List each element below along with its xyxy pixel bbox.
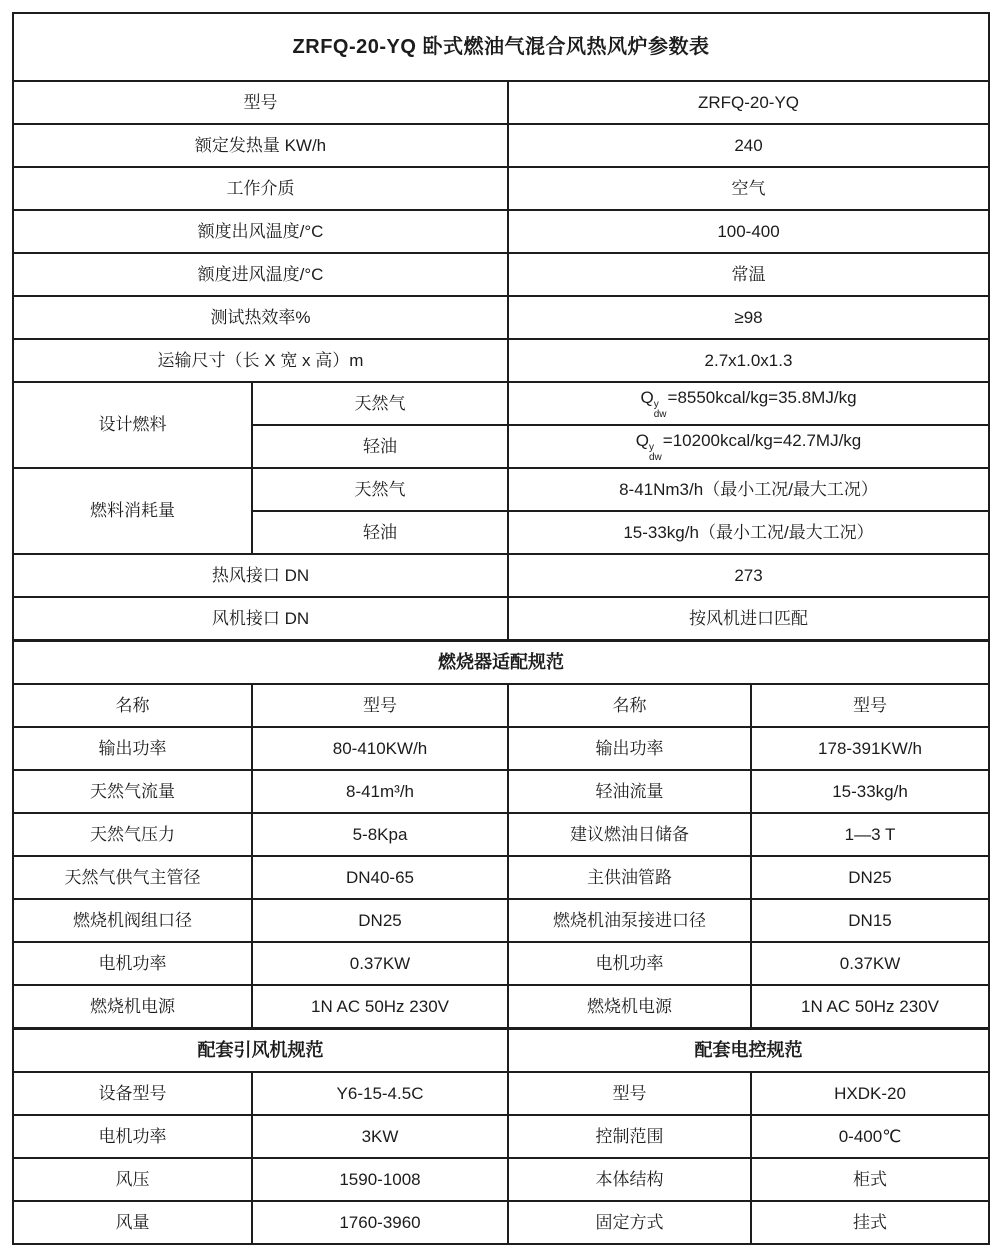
param-label: 型号 <box>13 81 508 124</box>
row-thermal-efficiency: 测试热效率%≥98 <box>13 296 989 339</box>
row-motor-power-burner: 电机功率0.37KW电机功率0.37KW <box>13 942 989 985</box>
param-label: 天然气供气主管径 <box>13 856 252 899</box>
param-value: 80-410KW/h <box>252 727 508 770</box>
sup-sub-notation: ydw <box>654 400 667 420</box>
row-burner-header: 名称型号名称型号 <box>13 684 989 727</box>
row-model: 型号ZRFQ-20-YQ <box>13 81 989 124</box>
param-label: 额度进风温度/°C <box>13 253 508 296</box>
row-fuel-consumption-gas: 燃料消耗量天然气8-41Nm3/h（最小工况/最大工况） <box>13 468 989 511</box>
param-label: 控制范围 <box>508 1115 751 1158</box>
row-design-fuel-gas: 设计燃料天然气Qydw=8550kcal/kg=35.8MJ/kg <box>13 382 989 425</box>
param-value: Y6-15-4.5C <box>252 1072 508 1115</box>
param-label: 设备型号 <box>13 1072 252 1115</box>
param-label: 天然气压力 <box>13 813 252 856</box>
param-label: 风量 <box>13 1201 252 1244</box>
section-burner: 燃烧器适配规范 <box>13 641 989 685</box>
column-header: 型号 <box>751 684 989 727</box>
param-value: 0.37KW <box>751 942 989 985</box>
param-label: 测试热效率% <box>13 296 508 339</box>
param-value: 挂式 <box>751 1201 989 1244</box>
row-valve-group: 燃烧机阀组口径DN25燃烧机油泵接进口径DN15 <box>13 899 989 942</box>
param-value: 1N AC 50Hz 230V <box>751 985 989 1029</box>
param-value: 常温 <box>508 253 989 296</box>
param-value: 1590-1008 <box>252 1158 508 1201</box>
param-value: 按风机进口匹配 <box>508 597 989 641</box>
spec-table-body: ZRFQ-20-YQ 卧式燃油气混合风热风炉参数表型号ZRFQ-20-YQ额定发… <box>13 13 989 1244</box>
param-label: 型号 <box>508 1072 751 1115</box>
param-value: 15-33kg/h <box>751 770 989 813</box>
param-label: 本体结构 <box>508 1158 751 1201</box>
column-header: 名称 <box>13 684 252 727</box>
param-value: ZRFQ-20-YQ <box>508 81 989 124</box>
param-value: 1N AC 50Hz 230V <box>252 985 508 1029</box>
param-value: Qydw=10200kcal/kg=42.7MJ/kg <box>508 425 989 468</box>
param-value: 2.7x1.0x1.3 <box>508 339 989 382</box>
section-fan-and-control: 配套引风机规范配套电控规范 <box>13 1029 989 1073</box>
param-label: 燃烧机阀组口径 <box>13 899 252 942</box>
param-value: 8-41m³/h <box>252 770 508 813</box>
param-label: 燃烧机电源 <box>13 985 252 1029</box>
param-value: 3KW <box>252 1115 508 1158</box>
param-label: 建议燃油日储备 <box>508 813 751 856</box>
param-label: 额定发热量 KW/h <box>13 124 508 167</box>
param-value: 8-41Nm3/h（最小工况/最大工况） <box>508 468 989 511</box>
spec-table: ZRFQ-20-YQ 卧式燃油气混合风热风炉参数表型号ZRFQ-20-YQ额定发… <box>12 12 990 1245</box>
param-sublabel: 轻油 <box>252 511 508 554</box>
param-value: 0.37KW <box>252 942 508 985</box>
param-label: 天然气流量 <box>13 770 252 813</box>
param-value: 5-8Kpa <box>252 813 508 856</box>
row-wind-pressure: 风压1590-1008本体结构柜式 <box>13 1158 989 1201</box>
text-part: Q <box>636 431 649 450</box>
row-gas-flow: 天然气流量8-41m³/h轻油流量15-33kg/h <box>13 770 989 813</box>
row-hot-air-port: 热风接口 DN273 <box>13 554 989 597</box>
param-label: 额度出风温度/°C <box>13 210 508 253</box>
row-device-model: 设备型号Y6-15-4.5C型号HXDK-20 <box>13 1072 989 1115</box>
param-sublabel: 轻油 <box>252 425 508 468</box>
param-label: 电机功率 <box>508 942 751 985</box>
param-label: 主供油管路 <box>508 856 751 899</box>
row-outlet-temp: 额度出风温度/°C100-400 <box>13 210 989 253</box>
row-fan-port: 风机接口 DN按风机进口匹配 <box>13 597 989 641</box>
param-label: 电机功率 <box>13 1115 252 1158</box>
row-motor-power-fan: 电机功率3KW控制范围0-400℃ <box>13 1115 989 1158</box>
row-gas-pressure: 天然气压力5-8Kpa建议燃油日储备1—3 T <box>13 813 989 856</box>
param-value: 0-400℃ <box>751 1115 989 1158</box>
param-value: DN15 <box>751 899 989 942</box>
param-value: DN40-65 <box>252 856 508 899</box>
row-working-medium: 工作介质空气 <box>13 167 989 210</box>
param-label: 风压 <box>13 1158 252 1201</box>
param-value: HXDK-20 <box>751 1072 989 1115</box>
section-header: 燃烧器适配规范 <box>13 641 989 685</box>
text-part: Q <box>640 388 653 407</box>
param-label: 运输尺寸（长 X 宽 x 高）m <box>13 339 508 382</box>
text-part: =10200kcal/kg=42.7MJ/kg <box>663 431 861 450</box>
param-sublabel: 天然气 <box>252 468 508 511</box>
row-gas-main-pipe: 天然气供气主管径DN40-65主供油管路DN25 <box>13 856 989 899</box>
param-value: 178-391KW/h <box>751 727 989 770</box>
column-header: 名称 <box>508 684 751 727</box>
param-value: 1—3 T <box>751 813 989 856</box>
param-value: 空气 <box>508 167 989 210</box>
param-label: 输出功率 <box>13 727 252 770</box>
param-value: DN25 <box>751 856 989 899</box>
param-group-label: 设计燃料 <box>13 382 252 468</box>
param-sublabel: 天然气 <box>252 382 508 425</box>
sup-sub-notation: ydw <box>649 443 662 463</box>
param-value: 柜式 <box>751 1158 989 1201</box>
param-group-label: 燃料消耗量 <box>13 468 252 554</box>
param-value: 240 <box>508 124 989 167</box>
param-value: 100-400 <box>508 210 989 253</box>
section-header: 配套引风机规范 <box>13 1029 508 1073</box>
param-label: 燃烧机油泵接进口径 <box>508 899 751 942</box>
section-header: 配套电控规范 <box>508 1029 989 1073</box>
column-header: 型号 <box>252 684 508 727</box>
title-row: ZRFQ-20-YQ 卧式燃油气混合风热风炉参数表 <box>13 13 989 81</box>
param-value: 1760-3960 <box>252 1201 508 1244</box>
row-air-volume: 风量1760-3960固定方式挂式 <box>13 1201 989 1244</box>
param-value: ≥98 <box>508 296 989 339</box>
text-part: =8550kcal/kg=35.8MJ/kg <box>668 388 857 407</box>
param-value: 15-33kg/h（最小工况/最大工况） <box>508 511 989 554</box>
param-label: 燃烧机电源 <box>508 985 751 1029</box>
param-value: Qydw=8550kcal/kg=35.8MJ/kg <box>508 382 989 425</box>
row-transport-size: 运输尺寸（长 X 宽 x 高）m2.7x1.0x1.3 <box>13 339 989 382</box>
row-rated-heat: 额定发热量 KW/h240 <box>13 124 989 167</box>
param-label: 热风接口 DN <box>13 554 508 597</box>
param-value: DN25 <box>252 899 508 942</box>
row-inlet-temp: 额度进风温度/°C常温 <box>13 253 989 296</box>
table-title: ZRFQ-20-YQ 卧式燃油气混合风热风炉参数表 <box>13 13 989 81</box>
param-label: 电机功率 <box>13 942 252 985</box>
param-label: 风机接口 DN <box>13 597 508 641</box>
row-output-power: 输出功率80-410KW/h输出功率178-391KW/h <box>13 727 989 770</box>
param-value: 273 <box>508 554 989 597</box>
param-label: 固定方式 <box>508 1201 751 1244</box>
row-burner-power-supply: 燃烧机电源1N AC 50Hz 230V燃烧机电源1N AC 50Hz 230V <box>13 985 989 1029</box>
param-label: 工作介质 <box>13 167 508 210</box>
param-label: 输出功率 <box>508 727 751 770</box>
page: ZRFQ-20-YQ 卧式燃油气混合风热风炉参数表型号ZRFQ-20-YQ额定发… <box>0 0 1000 1257</box>
param-label: 轻油流量 <box>508 770 751 813</box>
